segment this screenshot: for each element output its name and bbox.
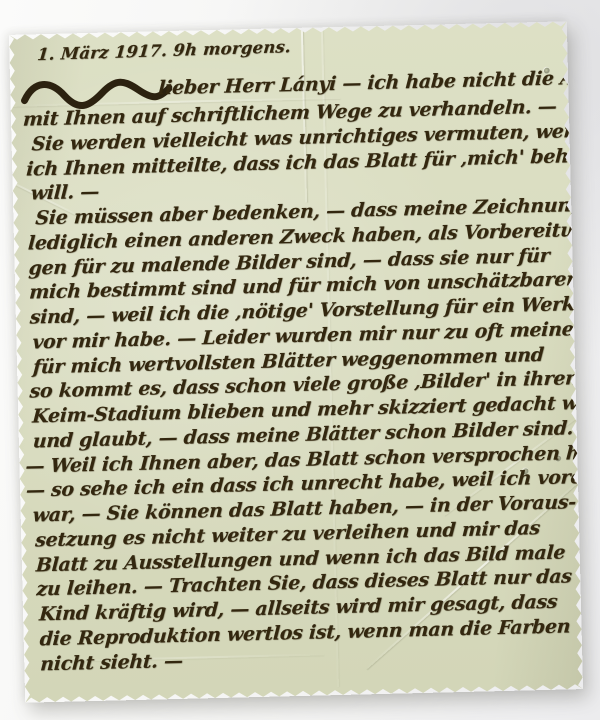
letter-date: 1. März 1917. 9h morgens. [36, 37, 291, 64]
opening-line: lieber Herr Lányi — ich habe nicht die A… [158, 66, 600, 100]
letter-paper: 1. März 1917. 9h morgens. lieber Herr Lá… [9, 21, 583, 702]
letter-line: nicht sieht. — [40, 650, 184, 676]
letter-line: will. — [30, 181, 100, 205]
letter-text: 1. März 1917. 9h morgens. lieber Herr Lá… [9, 21, 583, 702]
pinhole [581, 419, 587, 425]
photo-background: 1. März 1917. 9h morgens. lieber Herr Lá… [0, 0, 600, 720]
pinhole [585, 679, 591, 685]
paper-shadow: 1. März 1917. 9h morgens. lieber Herr Lá… [9, 21, 583, 702]
